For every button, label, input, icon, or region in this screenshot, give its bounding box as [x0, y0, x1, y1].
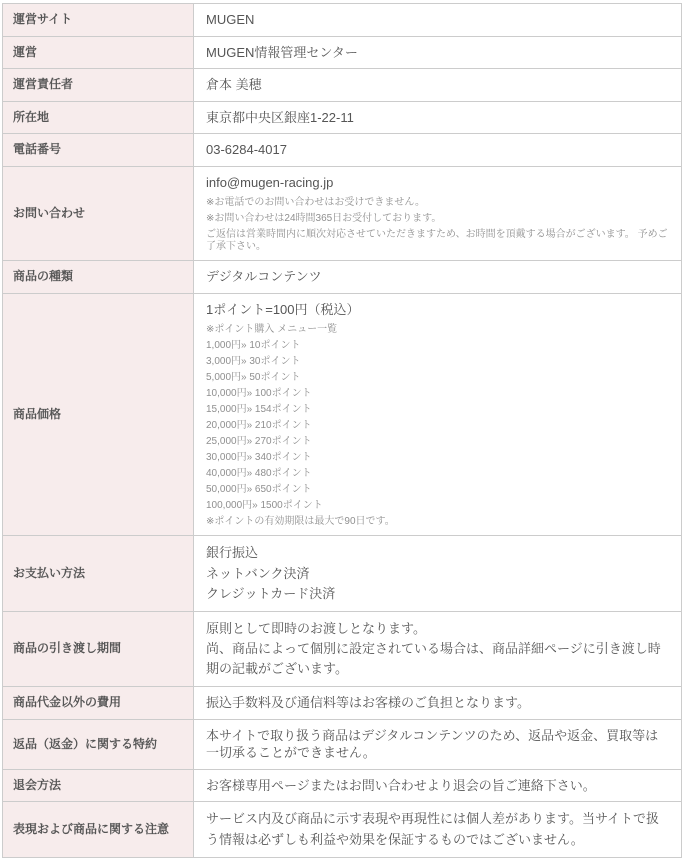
table-row-contact: お問い合わせ info@mugen-racing.jp ※お電話でのお問い合わせ…	[3, 166, 682, 261]
row-value-site: MUGEN	[194, 4, 682, 37]
row-value-extra-fees: 振込手数料及び通信料等はお客様のご負担となります。	[194, 687, 682, 720]
price-line: 20,000円» 210ポイント	[206, 420, 669, 432]
price-line: 40,000円» 480ポイント	[206, 468, 669, 480]
phone-number: 03-6284-4017	[206, 142, 287, 157]
table-row-manager: 運営責任者 倉本 美穂	[3, 69, 682, 102]
price-menu-note: ※ポイント購入 メニュー一覧	[206, 324, 669, 336]
row-label-product-type: 商品の種類	[3, 261, 194, 294]
row-label-payment: お支払い方法	[3, 536, 194, 611]
price-line: 1,000円» 10ポイント	[206, 340, 669, 352]
table-row-site: 運営サイト MUGEN	[3, 4, 682, 37]
table-row-extra-fees: 商品代金以外の費用 振込手数料及び通信料等はお客様のご負担となります。	[3, 687, 682, 720]
table-row-withdrawal: 退会方法 お客様専用ページまたはお問い合わせより退会の旨ご連絡下さい。	[3, 769, 682, 802]
row-label-manager: 運営責任者	[3, 69, 194, 102]
row-label-returns: 返品（返金）に関する特約	[3, 719, 194, 769]
price-expiry-note: ※ポイントの有効期限は最大で90日です。	[206, 516, 669, 528]
manager-name: 倉本 美穂	[206, 77, 262, 92]
row-label-phone: 電話番号	[3, 134, 194, 167]
row-value-address: 東京都中央区銀座1-22-11	[194, 101, 682, 134]
row-value-price: 1ポイント=100円（税込） ※ポイント購入 メニュー一覧 1,000円» 10…	[194, 293, 682, 536]
address-text: 東京都中央区銀座1-22-11	[206, 110, 354, 125]
payment-method: ネットバンク決済	[206, 564, 669, 584]
price-line: 100,000円» 1500ポイント	[206, 500, 669, 512]
row-value-manager: 倉本 美穂	[194, 69, 682, 102]
row-label-disclaimer: 表現および商品に関する注意	[3, 802, 194, 857]
delivery-text: 原則として即時のお渡しとなります。	[206, 619, 669, 639]
withdrawal-text: お客様専用ページまたはお問い合わせより退会の旨ご連絡下さい。	[206, 778, 596, 793]
table-row-operator: 運営 MUGEN情報管理センター	[3, 36, 682, 69]
table-row-phone: 電話番号 03-6284-4017	[3, 134, 682, 167]
price-line: 3,000円» 30ポイント	[206, 356, 669, 368]
row-label-address: 所在地	[3, 101, 194, 134]
price-heading: 1ポイント=100円（税込）	[206, 301, 669, 319]
returns-policy-text: 本サイトで取り扱う商品はデジタルコンテンツのため、返品や返金、買取等は一切承るこ…	[206, 728, 658, 761]
row-label-withdrawal: 退会方法	[3, 769, 194, 802]
price-line: 5,000円» 50ポイント	[206, 372, 669, 384]
disclaimer-text: サービス内及び商品に示す表現や再現性には個人差があります。当サイトで扱う情報は必…	[206, 811, 659, 846]
row-value-product-type: デジタルコンテンツ	[194, 261, 682, 294]
table-row-address: 所在地 東京都中央区銀座1-22-11	[3, 101, 682, 134]
price-line: 30,000円» 340ポイント	[206, 452, 669, 464]
table-row-delivery: 商品の引き渡し期間 原則として即時のお渡しとなります。 尚、商品によって個別に設…	[3, 611, 682, 686]
row-label-site: 運営サイト	[3, 4, 194, 37]
row-label-contact: お問い合わせ	[3, 166, 194, 261]
contact-note: ご返信は営業時間内に順次対応させていただきますため、お時間を頂戴する場合がござい…	[206, 229, 669, 253]
row-value-operator: MUGEN情報管理センター	[194, 36, 682, 69]
site-name: MUGEN	[206, 12, 254, 27]
price-line: 10,000円» 100ポイント	[206, 388, 669, 400]
table-row-payment: お支払い方法 銀行振込 ネットバンク決済 クレジットカード決済	[3, 536, 682, 611]
commerce-disclosure-table: 運営サイト MUGEN 運営 MUGEN情報管理センター 運営責任者 倉本 美穂…	[2, 3, 682, 858]
price-line: 25,000円» 270ポイント	[206, 436, 669, 448]
row-label-extra-fees: 商品代金以外の費用	[3, 687, 194, 720]
table-row-price: 商品価格 1ポイント=100円（税込） ※ポイント購入 メニュー一覧 1,000…	[3, 293, 682, 536]
table-row-product-type: 商品の種類 デジタルコンテンツ	[3, 261, 682, 294]
row-value-contact: info@mugen-racing.jp ※お電話でのお問い合わせはお受けできま…	[194, 166, 682, 261]
contact-note: ※お電話でのお問い合わせはお受けできません。	[206, 197, 669, 209]
payment-method: 銀行振込	[206, 543, 669, 563]
extra-fees-text: 振込手数料及び通信料等はお客様のご負担となります。	[206, 695, 530, 710]
price-line: 50,000円» 650ポイント	[206, 484, 669, 496]
row-value-payment: 銀行振込 ネットバンク決済 クレジットカード決済	[194, 536, 682, 611]
row-value-disclaimer: サービス内及び商品に示す表現や再現性には個人差があります。当サイトで扱う情報は必…	[194, 802, 682, 857]
row-value-phone: 03-6284-4017	[194, 134, 682, 167]
contact-email: info@mugen-racing.jp	[206, 174, 669, 192]
table-row-disclaimer: 表現および商品に関する注意 サービス内及び商品に示す表現や再現性には個人差があり…	[3, 802, 682, 857]
row-value-returns: 本サイトで取り扱う商品はデジタルコンテンツのため、返品や返金、買取等は一切承るこ…	[194, 719, 682, 769]
contact-note: ※お問い合わせは24時間365日お受付しております。	[206, 213, 669, 225]
row-value-delivery: 原則として即時のお渡しとなります。 尚、商品によって個別に設定されている場合は、…	[194, 611, 682, 686]
operator-name: MUGEN情報管理センター	[206, 45, 358, 60]
product-type-text: デジタルコンテンツ	[206, 269, 322, 284]
table-row-returns: 返品（返金）に関する特約 本サイトで取り扱う商品はデジタルコンテンツのため、返品…	[3, 719, 682, 769]
row-label-operator: 運営	[3, 36, 194, 69]
row-value-withdrawal: お客様専用ページまたはお問い合わせより退会の旨ご連絡下さい。	[194, 769, 682, 802]
payment-method: クレジットカード決済	[206, 584, 669, 604]
row-label-price: 商品価格	[3, 293, 194, 536]
delivery-text: 尚、商品によって個別に設定されている場合は、商品詳細ページに引き渡し時期の記載が…	[206, 639, 669, 679]
price-line: 15,000円» 154ポイント	[206, 404, 669, 416]
row-label-delivery: 商品の引き渡し期間	[3, 611, 194, 686]
